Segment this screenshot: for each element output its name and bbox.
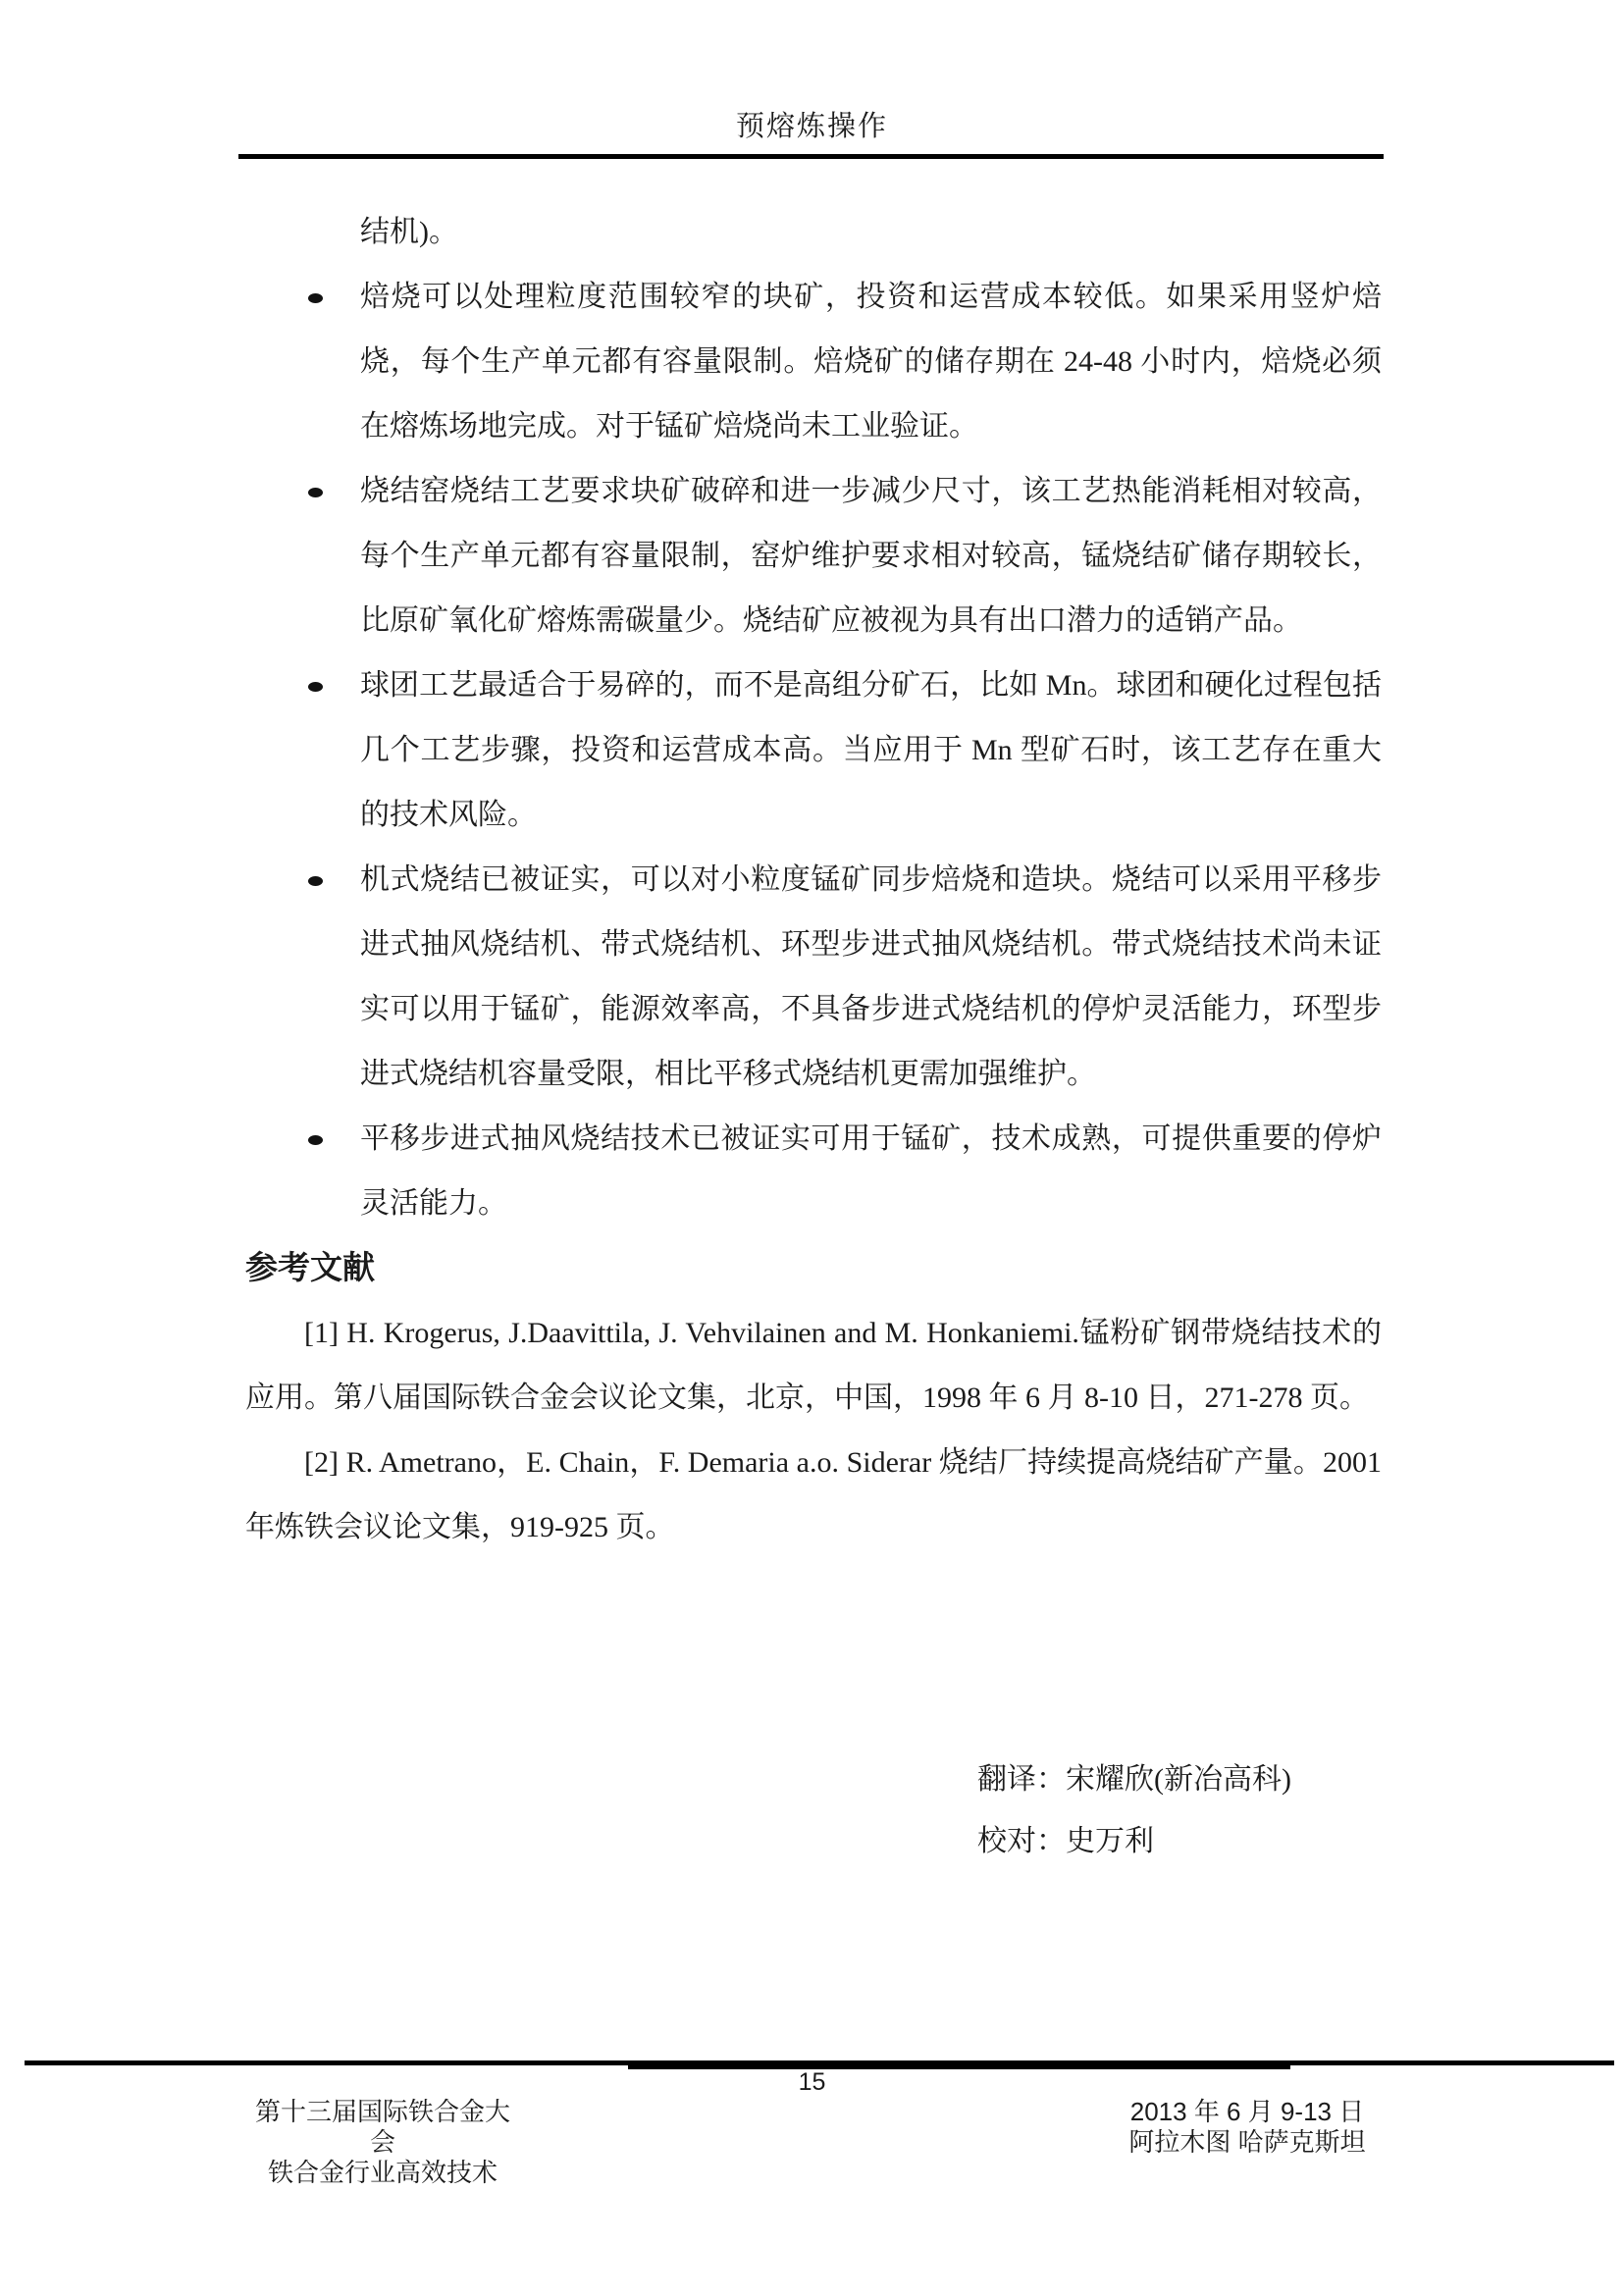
references-heading: 参考文献 <box>245 1236 1382 1301</box>
bullet-icon <box>308 293 323 303</box>
bullet-icon <box>308 488 323 497</box>
proofreader-line: 校对：史万利 <box>977 1810 1291 1872</box>
reference-item: [1] H. Krogerus, J.Daavittila, J. Vehvil… <box>245 1301 1382 1431</box>
bullet-text: 球团工艺最适合于易碎的，而不是高组分矿石，比如 Mn。球团和硬化过程包括几个工艺… <box>360 669 1382 831</box>
bullet-text: 机式烧结已被证实，可以对小粒度锰矿同步焙烧和造块。烧结可以采用平移步进式抽风烧结… <box>360 863 1382 1090</box>
footer-left-line2: 铁合金行业高效技术 <box>243 2158 522 2188</box>
bullet-icon <box>308 682 323 692</box>
credits-block: 翻译：宋耀欣(新冶高科) 校对：史万利 <box>977 1748 1291 1872</box>
footer-right-line2: 阿拉木图 哈萨克斯坦 <box>1123 2127 1372 2158</box>
footer-left-line1: 第十三届国际铁合金大会 <box>243 2097 522 2158</box>
page-header-title: 预熔炼操作 <box>0 104 1624 144</box>
bullet-item: 平移步进式抽风烧结技术已被证实可用于锰矿，技术成熟，可提供重要的停炉灵活能力。 <box>245 1107 1382 1236</box>
bullet-text: 烧结窑烧结工艺要求块矿破碎和进一步减少尺寸，该工艺热能消耗相对较高，每个生产单元… <box>360 475 1382 637</box>
bullet-item: 机式烧结已被证实，可以对小粒度锰矿同步焙烧和造块。烧结可以采用平移步进式抽风烧结… <box>245 848 1382 1107</box>
document-body: 结机)。 焙烧可以处理粒度范围较窄的块矿，投资和运营成本较低。如果采用竖炉焙烧，… <box>245 200 1382 1560</box>
header-rule <box>238 154 1384 159</box>
bullet-icon <box>308 1135 323 1145</box>
bullet-icon <box>308 876 323 886</box>
bullet-text: 平移步进式抽风烧结技术已被证实可用于锰矿，技术成熟，可提供重要的停炉灵活能力。 <box>360 1122 1382 1220</box>
footer-left: 第十三届国际铁合金大会 铁合金行业高效技术 <box>243 2097 522 2188</box>
paragraph-continuation: 结机)。 <box>245 200 1382 265</box>
bullet-item: 焙烧可以处理粒度范围较窄的块矿，投资和运营成本较低。如果采用竖炉焙烧，每个生产单… <box>245 265 1382 459</box>
footer-right: 2013 年 6 月 9-13 日 阿拉木图 哈萨克斯坦 <box>1123 2097 1372 2158</box>
bullet-item: 球团工艺最适合于易碎的，而不是高组分矿石，比如 Mn。球团和硬化过程包括几个工艺… <box>245 653 1382 848</box>
bullet-text: 焙烧可以处理粒度范围较窄的块矿，投资和运营成本较低。如果采用竖炉焙烧，每个生产单… <box>360 281 1382 443</box>
footer-right-line1: 2013 年 6 月 9-13 日 <box>1123 2097 1372 2127</box>
bullet-item: 烧结窑烧结工艺要求块矿破碎和进一步减少尺寸，该工艺热能消耗相对较高，每个生产单元… <box>245 459 1382 653</box>
page-number: 15 <box>0 2068 1624 2097</box>
document-page: 预熔炼操作 结机)。 焙烧可以处理粒度范围较窄的块矿，投资和运营成本较低。如果采… <box>0 0 1624 2295</box>
reference-item: [2] R. Ametrano，E. Chain，F. Demaria a.o.… <box>245 1431 1382 1560</box>
translator-line: 翻译：宋耀欣(新冶高科) <box>977 1748 1291 1810</box>
